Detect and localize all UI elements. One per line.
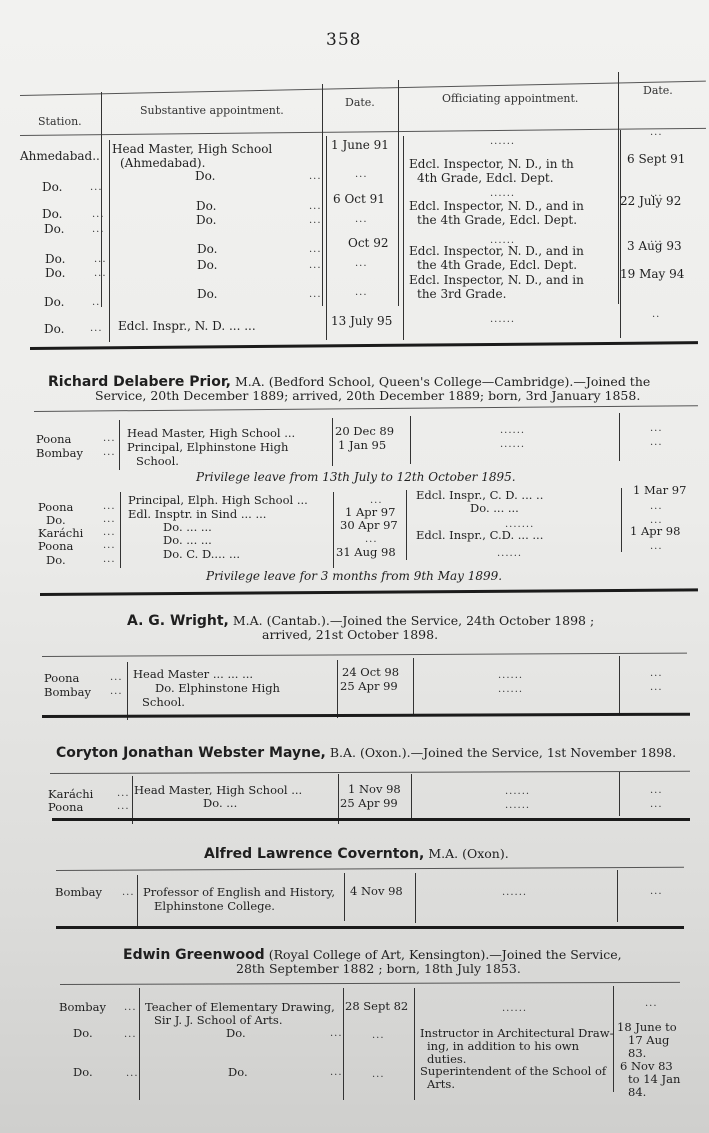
column-header-substantive: Substantive appointment. (140, 104, 284, 117)
substantive-cell: Head Master, High School ... (127, 427, 295, 440)
officer-name: A. G. Wright, (127, 613, 229, 629)
officiating-cell: the 4th Grade, Edcl. Dept. (417, 259, 577, 272)
date-cell: ... (650, 500, 663, 513)
station-cell: Do. (44, 296, 64, 309)
bio-text: (Royal College of Art, Kensington).—Join… (269, 947, 622, 962)
leader-dots: ... (90, 181, 103, 194)
officer-bio: A. G. Wright, M.A. (Cantab.).—Joined the… (127, 614, 594, 628)
substantive-cell: Do. ... ... (163, 534, 212, 547)
date-cell: 1 Apr 98 (630, 525, 680, 538)
officiating-cell: ...... (498, 683, 523, 696)
col-divider (338, 774, 339, 824)
substantive-cell: Do. (196, 200, 216, 213)
substantive-cell: Do. (195, 170, 215, 183)
bio-text: arrived, 21st October 1898. (262, 628, 438, 641)
section-rule (30, 341, 698, 350)
officer-bio: Richard Delabere Prior, M.A. (Bedford Sc… (48, 375, 650, 389)
section-rule (52, 818, 690, 821)
rule (50, 771, 690, 774)
date-cell: ... (650, 885, 663, 898)
station-cell: Do. (42, 208, 62, 221)
substantive-cell: School. (136, 455, 179, 468)
officiating-cell: Edcl. Inspector, N. D., and in (409, 274, 584, 287)
col-divider (411, 774, 412, 818)
leader-dots: ... (94, 267, 107, 280)
date-cell: ... (650, 784, 663, 797)
leader-dots: ... (94, 253, 107, 266)
date-cell: ... (372, 1068, 385, 1081)
date-cell: 1 June 91 (331, 139, 389, 152)
substantive-cell: Sir J. J. School of Arts. (154, 1014, 283, 1027)
col-divider (343, 988, 344, 1100)
col-divider (406, 490, 407, 560)
substantive-cell: Do. (228, 1066, 248, 1079)
leader-dots: ... (330, 1027, 343, 1040)
bio-text: Service, 20th December 1889; arrived, 20… (95, 389, 640, 402)
station-cell: Do. (44, 223, 64, 236)
station-cell: Bombay (44, 686, 91, 699)
station-cell: Do. (73, 1027, 93, 1040)
col-divider (344, 873, 345, 921)
col-divider (619, 656, 620, 714)
col-divider (139, 988, 140, 1100)
leader-dots: ... (103, 446, 116, 459)
date-cell: ... (650, 667, 663, 680)
col-divider (332, 418, 333, 466)
bio-text: M.A. (Oxon). (428, 846, 508, 861)
officer-name: Coryton Jonathan Webster Mayne, (56, 745, 326, 761)
date-cell: 4 Nov 98 (350, 885, 403, 898)
date-cell: 6 Sept 91 (627, 153, 685, 166)
date-cell: ... (372, 1029, 385, 1042)
col-divider (137, 875, 138, 927)
officer-name: Alfred Lawrence Covernton, (204, 846, 424, 862)
substantive-cell: Do. (226, 1027, 246, 1040)
leader-dots: ... (309, 200, 322, 213)
substantive-cell: Do. C. D.... ... (163, 548, 240, 561)
substantive-cell: Head Master, High School (112, 143, 272, 156)
station-cell: Bombay (55, 886, 102, 899)
leader-dots: ... (90, 322, 103, 335)
date-cell: ... (650, 798, 663, 811)
date-cell: .. (652, 308, 660, 321)
col-divider (621, 488, 622, 552)
col-divider (620, 130, 621, 338)
col-divider (322, 84, 323, 306)
col-divider (410, 416, 411, 464)
leader-dots: ... (110, 671, 123, 684)
officiating-cell: ...... (490, 313, 515, 326)
leave-note: Privilege leave for 3 months from 9th Ma… (206, 570, 502, 583)
leader-dots: ... (117, 800, 130, 813)
substantive-cell: School. (142, 696, 185, 709)
date-cell: Oct 92 (348, 237, 388, 250)
officer-bio: Edwin Greenwood (Royal College of Art, K… (123, 948, 622, 962)
rule (60, 982, 680, 985)
date-cell: 1 Mar 97 (633, 484, 686, 497)
substantive-cell: Principal, Elph. High School ... (128, 494, 308, 507)
substantive-cell: Do. ... (203, 797, 237, 810)
officiating-cell: ...... (502, 886, 527, 899)
date-cell: ... (355, 213, 368, 226)
officiating-cell: ...... (497, 547, 522, 560)
officiating-cell: ...... (505, 785, 530, 798)
bio-text: 28th September 1882 ; born, 18th July 18… (236, 962, 521, 975)
substantive-cell: Edcl. Inspr., N. D. ... ... (118, 320, 256, 333)
date-cell: 19 May 94 (620, 268, 684, 281)
date-cell: 13 July 95 (331, 315, 392, 328)
leave-note: Privilege leave from 13th July to 12th O… (196, 471, 516, 484)
col-divider (413, 658, 414, 716)
leader-dots: ... (103, 513, 116, 526)
date-cell: 84. (628, 1086, 646, 1099)
header-bottom-rule (20, 128, 706, 136)
date-cell: 3 Aug 93 (627, 240, 682, 253)
rule (34, 405, 698, 412)
station-cell: Bombay (59, 1001, 106, 1014)
leader-dots: ... (309, 243, 322, 256)
officiating-cell: ...... (490, 135, 515, 148)
leader-dots: ... (124, 1001, 137, 1014)
date-cell: 30 Apr 97 (340, 519, 398, 532)
station-cell: Bombay (36, 447, 83, 460)
officiating-cell: ...... (498, 669, 523, 682)
officiating-cell: ...... (505, 799, 530, 812)
date-cell: ... (355, 286, 368, 299)
column-header-station: Station. (38, 115, 82, 128)
col-divider (326, 136, 327, 340)
station-cell: Do. (45, 267, 65, 280)
bio-text: B.A. (Oxon.).—Joined the Service, 1st No… (330, 745, 676, 760)
header-top-rule (20, 81, 706, 96)
date-cell: 25 Apr 99 (340, 680, 398, 693)
page-number: 358 (326, 30, 361, 50)
date-cell: ... (355, 257, 368, 270)
date-cell: ... (650, 436, 663, 449)
leader-dots: ... (124, 1028, 137, 1041)
officiating-cell: Do. ... ... (470, 502, 519, 515)
leader-dots: ... (309, 214, 322, 227)
date-cell: 20 Dec 89 (335, 425, 394, 438)
leader-dots: ... (309, 259, 322, 272)
leader-dots: ... (110, 685, 123, 698)
col-divider (333, 492, 334, 568)
col-divider (120, 492, 121, 568)
column-header-officiating: Officiating appointment. (442, 92, 578, 105)
section-rule (56, 926, 684, 929)
leader-dots: ... (126, 1067, 139, 1080)
col-divider (613, 986, 614, 1092)
officiating-cell: ...... (500, 424, 525, 437)
officiating-cell: Edcl. Inspr., C.D. ... ... (416, 529, 543, 542)
station-cell: Do. (42, 181, 62, 194)
date-cell: ... (650, 540, 663, 553)
substantive-cell: Do. (197, 243, 217, 256)
date-cell: 31 Aug 98 (336, 546, 396, 559)
date-cell: 1 Jan 95 (338, 439, 386, 452)
col-divider (619, 413, 620, 461)
station-cell: Poona (44, 672, 79, 685)
section-rule (40, 588, 698, 596)
bio-text: M.A. (Bedford School, Queen's College—Ca… (235, 374, 650, 389)
date-cell: ... (650, 422, 663, 435)
leader-dots: ... (92, 223, 105, 236)
rule (56, 867, 684, 871)
leader-dots: ... (103, 553, 116, 566)
column-header-date: Date. (345, 96, 375, 109)
date-cell: 22 July 92 (620, 195, 681, 208)
leader-dots: ... (117, 787, 130, 800)
substantive-cell: Do. (196, 214, 216, 227)
date-cell: 25 Apr 99 (340, 797, 398, 810)
leader-dots: ... (309, 170, 322, 183)
leader-dots: ... (309, 288, 322, 301)
date-cell: ... (650, 126, 663, 139)
substantive-cell: (Ahmedabad). (120, 157, 205, 170)
col-divider (398, 80, 399, 306)
section-rule (42, 713, 690, 718)
officer-bio: Coryton Jonathan Webster Mayne, B.A. (Ox… (56, 746, 676, 760)
date-cell: ... (645, 997, 658, 1010)
document-page: 358 Station. Substantive appointment. Da… (0, 0, 709, 1133)
col-divider (403, 136, 404, 340)
leader-dots: ... (122, 886, 135, 899)
leader-dots: ... (330, 1066, 343, 1079)
date-cell: ... (355, 168, 368, 181)
officer-bio: Alfred Lawrence Covernton, M.A. (Oxon). (204, 847, 509, 861)
col-divider (617, 870, 618, 922)
officiating-cell: 4th Grade, Edcl. Dept. (417, 172, 554, 185)
substantive-cell: Head Master ... ... ... (133, 668, 253, 681)
leader-dots: ... (92, 208, 105, 221)
station-cell: Poona (38, 540, 73, 553)
date-cell: 1 Nov 98 (348, 783, 401, 796)
leader-dots: ... (103, 432, 116, 445)
date-cell: 28 Sept 82 (345, 1000, 408, 1013)
date-cell: 6 Oct 91 (333, 193, 385, 206)
leader-dots: ... (103, 526, 116, 539)
col-divider (618, 72, 619, 304)
officiating-cell: Arts. (427, 1078, 455, 1091)
col-divider (414, 988, 415, 1100)
leader-dots: ... (103, 539, 116, 552)
bio-text: M.A. (Cantab.).—Joined the Service, 24th… (233, 613, 594, 628)
substantive-cell: Principal, Elphinstone High (127, 441, 288, 454)
station-cell: Do. (46, 554, 66, 567)
substantive-cell: Do. (197, 288, 217, 301)
col-divider (132, 776, 133, 824)
substantive-cell: Elphinstone College. (154, 900, 275, 913)
station-cell: Do. (44, 323, 64, 336)
col-divider (119, 420, 120, 470)
col-divider (619, 772, 620, 816)
substantive-cell: Do. Elphinstone High (155, 682, 280, 695)
officiating-cell: Edcl. Inspector, N. D., and in (409, 200, 584, 213)
substantive-cell: Professor of English and History, (143, 886, 335, 899)
officiating-cell: ...... (502, 1002, 527, 1015)
column-header-date-officiating: Date. (643, 84, 673, 97)
date-cell: 24 Oct 98 (342, 666, 399, 679)
col-divider (127, 662, 128, 720)
station-cell: Poona (48, 801, 83, 814)
col-divider (109, 140, 110, 342)
date-cell: ... (650, 681, 663, 694)
officiating-cell: ...... (500, 438, 525, 451)
officiating-cell: the 3rd Grade. (417, 288, 506, 301)
col-divider (337, 660, 338, 718)
officiating-cell: Edcl. Inspector, N. D., and in (409, 245, 584, 258)
leader-dots: .. (92, 296, 100, 309)
leader-dots: ... (103, 500, 116, 513)
station-cell: Ahmedabad.. (20, 150, 100, 163)
col-divider (415, 873, 416, 923)
station-cell: Do. (45, 253, 65, 266)
station-cell: Poona (36, 433, 71, 446)
officiating-cell: the 4th Grade, Edcl. Dept. (417, 214, 577, 227)
officiating-cell: Edcl. Inspector, N. D., in th (409, 158, 574, 171)
station-cell: Do. (73, 1066, 93, 1079)
substantive-cell: Do. (197, 259, 217, 272)
rule (42, 653, 687, 657)
